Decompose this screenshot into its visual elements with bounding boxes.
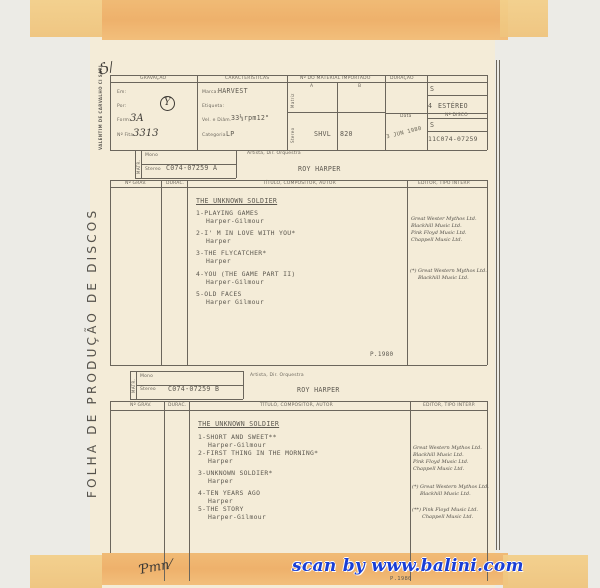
side-a-publisher-note-1: (*) Great Western Mythos Ltd. xyxy=(410,268,487,275)
matriz-label: Matriz xyxy=(290,93,295,108)
side-b-publisher-note2-1: (**) Pink Floyd Music Ltd. xyxy=(412,507,478,514)
side-a-track-3-title: 3-THE FLYCATCHER* xyxy=(196,249,267,257)
side-a-track-5-title: 5-OLD FACES xyxy=(196,290,242,298)
vel-label: Vel. e Diâm. xyxy=(202,118,232,123)
side-b-publisher-2: Blackhill Music Ltd. xyxy=(413,452,464,459)
side-a-copyright: P.1980 xyxy=(370,351,393,358)
side-b-col-2 xyxy=(189,401,190,581)
side-b-matr-label: MATR. xyxy=(131,379,136,393)
side-b-publisher-note2-2: Chappell Music Ltd. xyxy=(422,514,473,521)
n-fita-value: 3313 xyxy=(133,128,158,139)
col-header-material-b: B xyxy=(358,84,361,89)
side-b-track-2-title: 2-FIRST THING IN THE MORNING* xyxy=(198,449,318,457)
disco-estereo-prefix: 4 xyxy=(428,102,432,110)
side-b-mono-label: Mono xyxy=(140,374,153,379)
tape-top-left xyxy=(30,0,102,37)
stereo-a-value: SHVL xyxy=(314,130,331,138)
disco-s2: S xyxy=(430,121,434,129)
side-b-col-right xyxy=(487,401,488,581)
side-a-artist-value: ROY HARPER xyxy=(298,165,341,173)
col-header-caracteristicas: CARACTERÍSTICAS xyxy=(225,76,269,81)
por-label: Por: xyxy=(117,104,126,109)
tape-top-center xyxy=(102,0,508,40)
side-b-col-3 xyxy=(410,401,411,581)
side-b-copyright: P.1980 xyxy=(390,576,412,582)
side-b-publisher-3: Pink Floyd Music Ltd. xyxy=(413,459,469,466)
side-b-publisher-note-1: (*) Great Western Mythos Ltd. xyxy=(412,484,489,491)
header-top-border xyxy=(110,75,487,76)
circle-mark-letter: Y xyxy=(164,97,171,108)
marca-label: Marca: xyxy=(202,90,218,95)
form-value: 3A xyxy=(130,113,144,124)
side-a-track-1-title: 1-PLAYING GAMES xyxy=(196,209,258,217)
side-a-col-left xyxy=(110,180,111,365)
side-a-track-4-composer: Harper-Gilmour xyxy=(206,278,264,286)
side-a-track-2-title: 2-I' M IN LOVE WITH YOU* xyxy=(196,229,296,237)
disco-s1: S xyxy=(430,85,434,93)
side-b-track-3-title: 3-UNKNOWN SOLDIER* xyxy=(198,469,273,477)
col-header-gravacao: GRAVAÇÃO xyxy=(140,76,166,81)
col-header-material: Nº DO MATERIAL IMPORTADO xyxy=(300,76,371,81)
stereo-label: Stereo xyxy=(290,128,295,143)
side-a-album-title: THE UNKNOWN SOLDIER xyxy=(196,197,277,205)
side-b-artist-label: Artista, Dir. Orquestra xyxy=(250,373,304,378)
disco-number: 11C074-07259 xyxy=(428,135,478,143)
header-right-border xyxy=(487,75,488,150)
side-b-track-5-title: 5-THE STORY xyxy=(198,505,244,513)
etiqueta-label: Etiqueta: xyxy=(202,104,224,109)
side-b-col-left xyxy=(110,401,111,553)
document-vertical-title: FOLHA DE PRODUÇÃO DE DISCOS xyxy=(85,208,99,498)
side-a-col-2 xyxy=(187,180,188,365)
side-a-table-bottom xyxy=(110,365,487,366)
header-columns-divider xyxy=(110,82,487,83)
col-divider-1 xyxy=(197,75,198,150)
col-header-duracao: DURAÇÃO xyxy=(390,76,414,81)
side-a-header-n-grav: Nº GRAV. xyxy=(125,181,147,186)
side-a-col-3 xyxy=(407,180,408,365)
side-b-track-4-composer: Harper xyxy=(208,497,233,505)
side-b-artist-value: ROY HARPER xyxy=(297,386,340,394)
col-header-material-a: A xyxy=(310,84,313,89)
disco-line-3 xyxy=(427,118,487,119)
side-a-artist-label: Artista, Dir. Orquestra xyxy=(247,151,301,156)
material-mid-line xyxy=(287,112,385,113)
side-a-track-3-composer: Harper xyxy=(206,257,231,265)
side-b-table-top xyxy=(110,401,487,402)
side-a-col-right xyxy=(487,180,488,365)
side-b-album-title: THE UNKNOWN SOLDIER xyxy=(198,420,279,428)
side-a-header-editor: EDITOR, TIPO INTERP. xyxy=(418,181,471,186)
side-b-publisher-1: Great Western Mythos Ltd. xyxy=(413,445,482,452)
side-a-publisher-2: Blackhill Music Ltd. xyxy=(411,223,462,230)
side-b-table-header-bottom xyxy=(110,410,487,411)
side-a-col-1 xyxy=(161,180,162,365)
side-b-matr-box-right xyxy=(243,371,244,399)
side-a-table-header-bottom xyxy=(110,187,487,188)
side-a-matr-label: MATR. xyxy=(136,160,141,174)
side-b-matr-top xyxy=(130,371,243,372)
side-a-track-1-composer: Harper-Gilmour xyxy=(206,217,264,225)
side-a-header-durac: DURAC. xyxy=(166,181,184,186)
side-b-header-titulo: TÍTULO, COMPOSITOR, AUTOR xyxy=(260,403,333,408)
side-b-track-4-title: 4-TEN YEARS AGO xyxy=(198,489,260,497)
side-b-publisher-4: Chappell Music Ltd. xyxy=(413,466,464,473)
side-a-publisher-3: Pink Floyd Music Ltd. xyxy=(411,230,467,237)
right-border-inner xyxy=(499,60,500,550)
side-a-track-5-composer: Harper Gilmour xyxy=(206,298,264,306)
col-divider-ab xyxy=(337,82,338,150)
header-left-border xyxy=(110,75,111,150)
side-b-matr-bottom xyxy=(130,399,243,400)
tape-top-right xyxy=(500,0,548,37)
side-b-track-2-composer: Harper xyxy=(208,457,233,465)
side-b-header-n-grav: Nº GRAV. xyxy=(130,403,152,408)
form-label: Form: xyxy=(117,118,131,123)
em-label: Em: xyxy=(117,90,126,95)
categoria-label: Categoria xyxy=(202,133,226,138)
side-a-track-4-title: 4-YOU (THE GAME PART II) xyxy=(196,270,296,278)
disco-estereo: ESTÉREO xyxy=(438,102,468,110)
side-b-header-editor: EDITOR, TIPO INTERP. xyxy=(423,403,476,408)
side-b-col-1 xyxy=(164,401,165,581)
side-a-stereo-label: Stereo xyxy=(145,167,161,172)
side-a-stereo-value: C074-07259 A xyxy=(166,164,217,172)
vel-value: 33⅓rpm12" xyxy=(231,114,269,122)
side-a-header-titulo: TÍTULO, COMPOSITOR, AUTOR xyxy=(263,181,336,186)
side-a-track-2-composer: Harper xyxy=(206,237,231,245)
marca-value: HARVEST xyxy=(218,87,248,95)
side-b-track-1-composer: Harper-Gilmour xyxy=(208,441,266,449)
disco-line-4 xyxy=(427,131,487,132)
side-b-track-1-title: 1-SHORT AND SWEET** xyxy=(198,433,277,441)
col-header-data: Data xyxy=(400,114,412,119)
col-header-n-disco: Nº DISCO xyxy=(445,113,468,118)
side-b-header-durac: DURAC. xyxy=(168,403,186,408)
right-border-outer xyxy=(496,60,497,550)
tape-bottom-left xyxy=(30,555,102,588)
side-b-stereo-value: C074-07259 B xyxy=(168,385,219,393)
side-a-publisher-1: Great Wester Mythos Ltd. xyxy=(411,216,477,223)
scan-watermark: scan by www.balini.com xyxy=(292,556,524,576)
side-a-mono-label: Mono xyxy=(145,153,158,158)
side-a-publisher-note-2: Blackhill Music Ltd. xyxy=(418,275,469,282)
side-a-matr-bottom xyxy=(135,178,236,179)
disco-line-1 xyxy=(427,95,487,96)
stereo-b-value: 820 xyxy=(340,130,353,138)
n-fita-label: Nº Fita xyxy=(117,133,133,138)
side-b-publisher-note-2: Blackhill Music Ltd. xyxy=(420,491,471,498)
side-b-track-5-composer: Harper-Gilmour xyxy=(208,513,266,521)
side-b-track-3-composer: Harper xyxy=(208,477,233,485)
side-a-publisher-4: Chappell Music Ltd. xyxy=(411,237,462,244)
categoria-value: LP xyxy=(226,130,235,138)
side-b-stereo-label: Stereo xyxy=(140,387,156,392)
side-a-matr-box-right xyxy=(236,150,237,178)
